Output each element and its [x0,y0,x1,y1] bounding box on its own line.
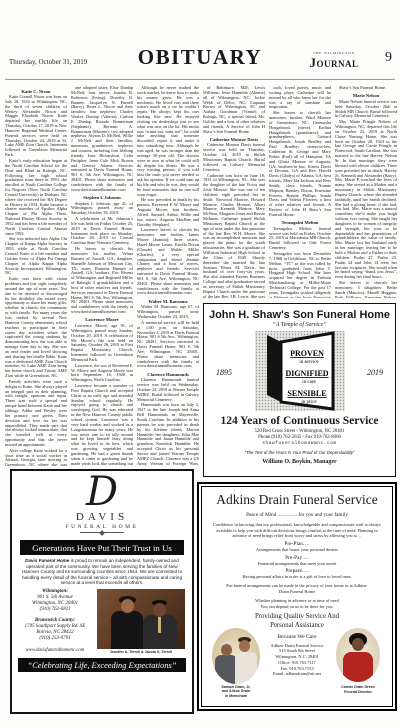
adkins-prepay-desc: Financial arrangements that meet your ne… [202,561,392,566]
obituary-paragraph: After college Katie worked for a short t… [5,449,67,466]
davis-website: www.davisfuneralhomenc.com [16,648,94,654]
obituary-paragraph: Clarence Hammonds funeral service was he… [137,378,199,402]
open-door-motto-graphic: PROVEN in service DIGNIFIED in care SENS… [252,330,348,412]
memoriam-couple-photo [212,628,260,684]
obituary-paragraph: Stephen I. Johnson, age 41, of Wilmingto… [71,202,133,217]
shaw-years-of-service: 124 Years of Continuous Service [204,415,395,427]
shaw-manager: William O. Boykin, Manager [204,459,395,465]
shaw-website: shawfuneralhomewmnc.com [204,441,395,446]
adkins-body-text: Confidence in knowing that our professio… [209,522,385,539]
obituary-column-6: Shaw’s Son Funeral Home.Marie NelsonMari… [335,86,397,298]
obituary-paragraph: Terangalea was born December 7, 1968 in … [269,252,331,298]
director-caption-line-2: Funeral Director [330,690,386,694]
header-divider [5,79,395,80]
davis-top-banner: Generations Have Put Their Trust in Us [20,540,184,555]
shaw-tagline: “The Test of the Years Is Your Proof of … [204,450,395,455]
svg-text:in care: in care [302,380,316,385]
obituary-paragraph: Terangalea Melton funeral service was he… [269,227,331,251]
obituary-paragraph: Katie was born with vision problems and … [5,277,67,379]
obituary-heading: Terangalea Melton [269,220,331,225]
obituary-paragraph: Marie Nelson funeral service was held Sa… [335,100,397,119]
shaw-phone-fax: Phone (910) 762-2635 - Fax 910-762-8060 [204,435,395,440]
davis-funeral-home-ad: D DAVIS FUNERAL HOME Generations Have Pu… [10,469,194,714]
obituary-column-2: one adopted sister, Elsie Dunlap McNeil;… [71,86,133,466]
adkins-preplan-desc: Arrangements that honor your personal de… [202,547,392,552]
svg-text:SENSIBLE: SENSIBLE [287,389,326,398]
obituary-paragraph: She leaves to cherish her memories: brot… [269,111,331,218]
obituary-column-5: cook, loved poetry, music and writing pl… [269,86,331,298]
obituary-paragraph: Hammonds was born on July 2, 1927 to the… [137,403,199,466]
obituary-paragraph: of Baltimore, MD; Lewis Williams, Jesse … [203,86,265,134]
adkins-whether-line-2: You can depend on us to be there for you… [202,604,392,610]
davis-location-2-phone: (910) 253-0791 [16,636,94,642]
adkins-privacy-note: Pre-funeral arrangements can be made in … [222,583,372,594]
obituary-paragraph: Catherine was born on June 18, 1931 in W… [203,174,265,299]
obituary-heading: Walter M. Ransome [137,299,199,304]
adkins-ad-title: Adkins Drain Funeral Service [202,492,392,508]
davis-monogram: D [12,473,192,511]
davis-bottom-banner: “Celebrating Life, Exceeding Expectation… [18,658,186,672]
obituary-heading: Catherine Monroe Davis [203,137,265,142]
obituary-column-3: Although he never studied the stock mark… [137,86,199,466]
shaw-year-current: 2019 [367,368,383,377]
obituary-paragraph: He leaves to cherish his memories his mo… [71,247,133,315]
shaw-ad-graphic-row: 1895 PROVEN in service DIGNIFIED in care… [204,330,395,414]
obituary-paragraph: Katie Cornell Nixon was born on July 18,… [5,95,67,158]
obituary-paragraph: He was preceded in death by his parents,… [137,198,199,227]
davis-ornament [80,532,124,537]
obituary-paragraph: She leaves to cherish her memories: 5 da… [335,281,397,298]
obituary-paragraph: A memorial service will be held at 1:00 … [137,321,199,369]
memoriam-caption-line-3: In Memoriam [208,694,264,698]
obituary-paragraph: Lawrence Moore, age 91, of Wilmington, p… [71,324,133,363]
funeral-directors-photo [97,589,185,649]
davis-body-lead: Davis Funeral Home [25,558,69,563]
obituary-paragraph: Catherine Monroe Davis funeral service w… [203,143,265,172]
adkins-quality-statement: Providing Quality Service And Personal A… [202,613,392,629]
davis-name: DAVIS [12,511,192,523]
obituary-paragraph: Mrs. Marie Pringle Nelson of Wilmington,… [335,120,397,280]
director-photo-caption: Connie Drain Green Funeral Director [330,685,386,694]
davis-body-text: Davis Funeral Home is proud to remain an… [19,558,185,586]
masthead-title: Journal [296,55,372,71]
obituary-heading: Clarence Hammonds [137,372,199,377]
adkins-prepare-desc: Having personal affairs in order is a gi… [202,574,392,579]
adkins-drain-ad: Adkins Drain Funeral Service Peace of Mi… [197,482,397,711]
shaw-ad-subtitle: “A Temple of Service” [204,322,395,328]
obituary-paragraph: Katie’s early education began at the Nor… [5,159,67,237]
journal-masthead: THE WILMINGTON Journal [296,51,372,71]
shaw-ad-title: John H. Shaw's Son Funeral Home [204,309,395,321]
shaw-year-founded: 1895 [216,368,232,377]
adkins-quality-line-1: Providing Quality Service And [202,613,392,621]
obituary-heading: Lawrence Moore [71,317,133,322]
adkins-whether-note: Whether planning in advance or at time o… [202,598,392,609]
adkins-peace-of-mind: Peace of Mind ............... for you an… [202,512,392,518]
obituary-heading: Stephen I. Johnson [71,195,133,200]
davis-photo-caption: Jennifer A. Terrell & Jacobi S. Terrell [94,650,188,654]
obituary-paragraph: Family activities were such a delight to… [5,380,67,448]
davis-name-sub: FUNERAL HOME [12,524,192,530]
shaw-funeral-home-ad: John H. Shaw's Son Funeral Home “A Templ… [203,303,396,477]
obituary-paragraph: Lawrence leaves to cherish his memories:… [137,228,199,296]
obituary-paragraph: A celebration of Mr. Johnson’s life was … [71,217,133,246]
page-number: 9 [385,50,392,66]
obituary-paragraph: Shaw’s Son Funeral Home. [335,86,397,91]
obituary-column-1: Katie C. NixonKatie Cornell Nixon was bo… [5,86,67,466]
newspaper-obituary-page: Thursday, October 31, 2019 OBITUARY THE … [0,0,400,728]
obituary-paragraph: Walter M. Ransome, age 67, of Wilmington… [137,305,199,320]
obituary-paragraph: Lawrence, the son of Reverend F. W. Moor… [71,364,133,383]
obituary-paragraph: Although he never studied the stock mark… [137,86,199,197]
shaw-address: 520 Red Cross Street - Wilmington, NC 28… [204,429,395,434]
obituary-heading: Katie C. Nixon [5,89,67,94]
memoriam-photo-caption: Samuel Drain, Jr. and Allene Drain In Me… [208,685,264,698]
obituary-heading: Marie Nelson [335,93,397,98]
svg-text:in service: in service [299,360,319,365]
obituary-paragraph: cook, loved poetry, music and writing pl… [269,86,331,110]
obituary-paragraph: Lawrence became a member of First Baptis… [71,384,133,466]
obituary-paragraph: one adopted sister, Elsie Dunlap McNeil;… [71,86,133,193]
davis-locations: Wilmington: 901 S. 5th Avenue Wilmington… [16,589,94,655]
obituary-paragraph: She was inducted into Alpha Chi Chapter … [5,237,67,276]
obituary-column-4: of Baltimore, MD; Lewis Williams, Jesse … [203,86,265,298]
svg-text:DIGNIFIED: DIGNIFIED [285,369,328,378]
svg-text:PROVEN: PROVEN [290,349,324,358]
svg-text:in price: in price [301,400,317,405]
funeral-director-photo [336,628,380,682]
